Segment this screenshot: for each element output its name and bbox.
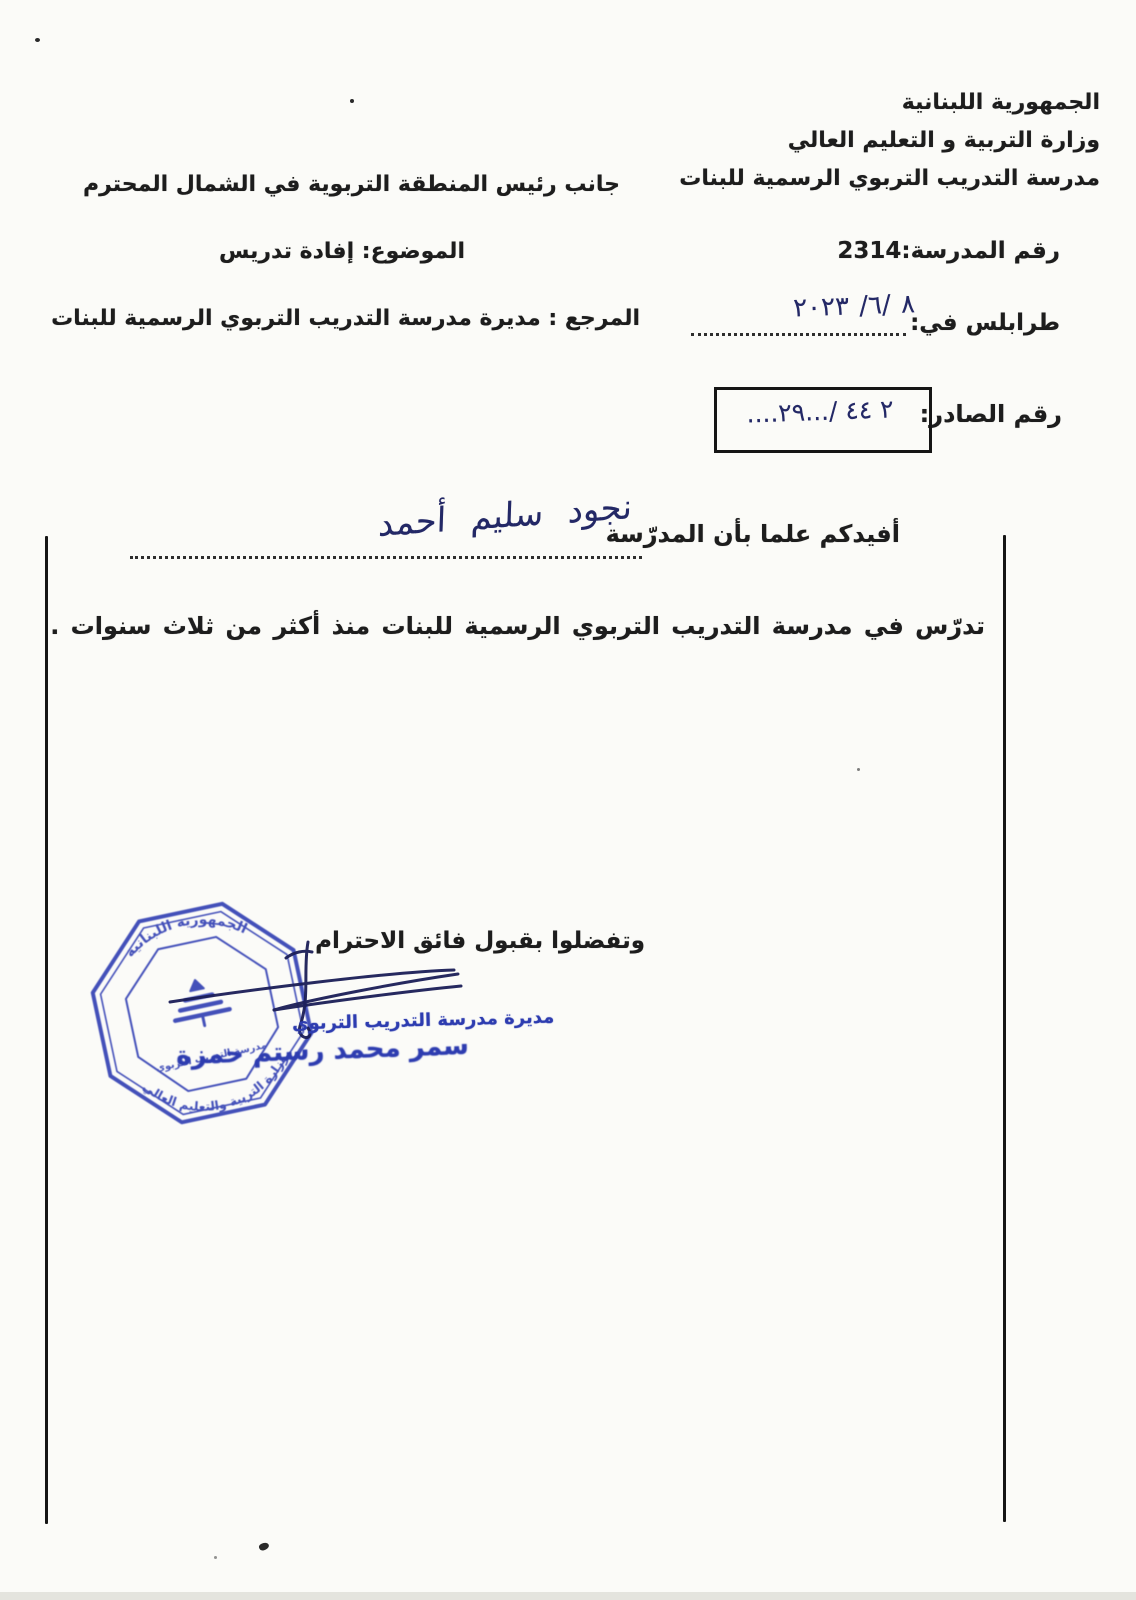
right-margin-rule — [1003, 535, 1006, 1522]
scan-speck — [857, 768, 860, 771]
body-statement-line: تدرّس في مدرسة التدريب التربوي الرسمية ل… — [50, 612, 985, 640]
body-intro-line: أفيدكم علما بأن المدرّسة — [606, 520, 900, 548]
school-number-label: رقم المدرسة: — [901, 238, 1060, 264]
scan-speck — [350, 99, 354, 103]
letterhead-ministry-line: وزارة التربية و التعليم العالي — [679, 122, 1100, 160]
scan-speck — [35, 38, 40, 42]
city-date-label: طرابلس في: — [910, 310, 1060, 336]
scan-speck — [214, 1556, 217, 1559]
addressee-line: جانب رئيس المنطقة التربوية في الشمال الم… — [83, 172, 620, 197]
school-number-line: رقم المدرسة:2314 — [837, 238, 1060, 264]
subject-line: الموضوع: إفادة تدريس — [219, 239, 465, 264]
school-number-value: 2314 — [837, 238, 901, 264]
scan-bottom-edge — [0, 1592, 1136, 1600]
scan-speck — [258, 1541, 270, 1552]
outgoing-number-label: رقم الصادر: — [920, 400, 1062, 428]
letterhead-school-line: مدرسة التدريب التربوي الرسمية للبنات — [679, 160, 1100, 198]
reference-line: المرجع : مديرة مدرسة التدريب التربوي الر… — [51, 306, 640, 331]
letterhead-block: الجمهورية اللبنانية وزارة التربية و التع… — [679, 84, 1100, 198]
scanned-letter-page: { "header": { "government_line1": "الجمه… — [0, 0, 1136, 1600]
left-margin-rule — [45, 536, 48, 1524]
letterhead-republic-line: الجمهورية اللبنانية — [679, 84, 1100, 122]
